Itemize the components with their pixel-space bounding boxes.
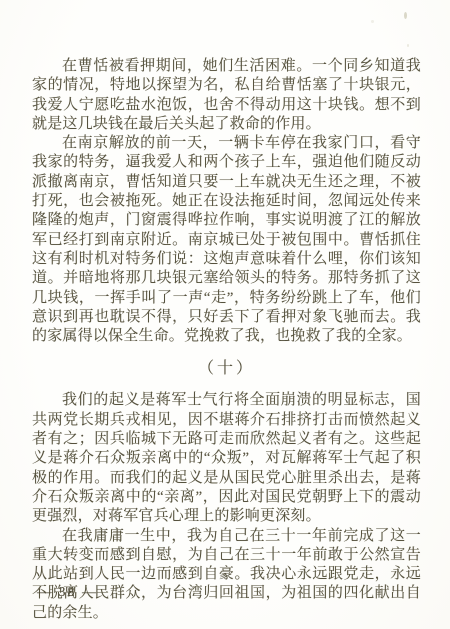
scan-speck bbox=[404, 12, 407, 19]
paragraph-2: 在南京解放的前一天，一辆卡车停在我家门口，看守我家的特务，逼我爱人和两个孩子上车… bbox=[32, 134, 421, 346]
page-number: — 38 — bbox=[37, 585, 98, 601]
paragraph-4: 在我庸庸一生中，我为自己在三十一年前完成了这一重大转变而感到自慰，为自己在三十一… bbox=[32, 527, 421, 623]
paragraph-3: 我们的起义是蒋军士气行将全面崩溃的明显标志，国共两党长期兵戎相见，因不堪蒋介石排… bbox=[32, 391, 421, 526]
scanned-book-page: 在曹恬被看押期间，她们生活困难。一个同乡知道我家的情况，特地以探望为名，私自给曹… bbox=[0, 0, 450, 629]
text-block: 在曹恬被看押期间，她们生活困难。一个同乡知道我家的情况，特地以探望为名，私自给曹… bbox=[32, 57, 421, 623]
scan-speck bbox=[407, 44, 409, 47]
scan-speck bbox=[371, 20, 374, 23]
section-heading: （十） bbox=[32, 359, 421, 379]
paragraph-1: 在曹恬被看押期间，她们生活困难。一个同乡知道我家的情况，特地以探望为名，私自给曹… bbox=[32, 57, 421, 134]
